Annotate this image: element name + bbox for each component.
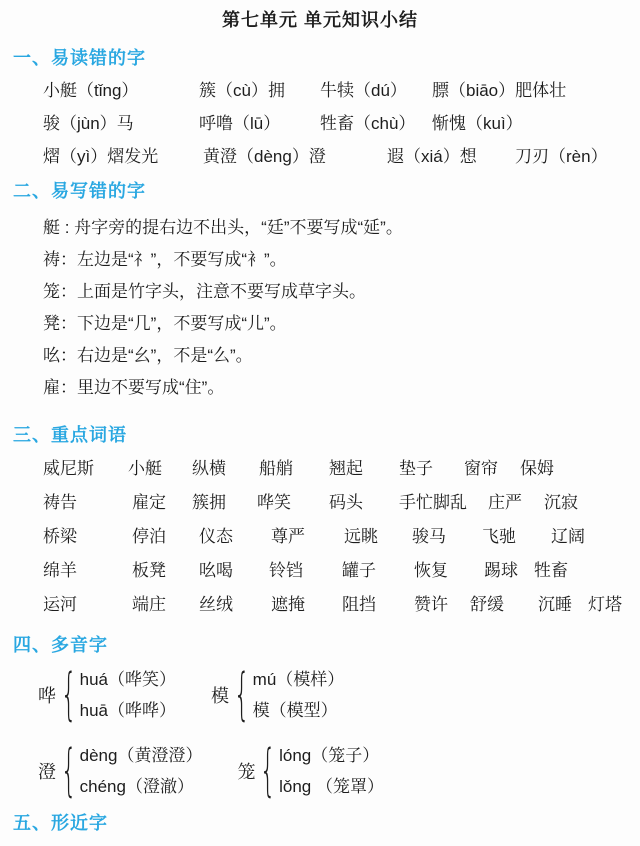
keyword: 牲畜: [534, 554, 640, 588]
polyphone-entry: dèng（黄澄澄）: [80, 740, 203, 771]
keyword: 尊严: [271, 520, 344, 554]
keyword: 小艇: [128, 452, 192, 486]
polyphone-char: 笼: [237, 758, 255, 784]
polyphone-entry: huā（哗哗）: [80, 695, 176, 726]
section-heading-miswritten: 二、易写错的字: [0, 180, 640, 202]
polyphone-entries: huá（哗笑） huā（哗哗）: [80, 664, 176, 726]
keyword: 骏马: [412, 520, 482, 554]
keyword: 仪态: [199, 520, 271, 554]
misread-item: 小艇（tǐng）: [43, 74, 199, 107]
brace-icon: {: [61, 665, 77, 725]
keyword: 窗帘: [464, 452, 520, 486]
keyword: 沉寂: [544, 486, 640, 520]
keyword: 哗笑: [257, 486, 329, 520]
keyword: 翘起: [329, 452, 399, 486]
keyword: 赞许: [414, 588, 470, 622]
polyphone-entries: dèng（黄澄澄） chéng（澄澈）: [80, 740, 203, 802]
keyword-row-2: 祷告 雇定 簇拥 哗笑 码头 手忙脚乱 庄严 沉寂: [0, 486, 640, 520]
keyword: 桥梁: [43, 520, 132, 554]
polyphone-char: 模: [211, 682, 229, 708]
page-title: 第七单元 单元知识小结: [0, 8, 640, 32]
polyphone-group-cheng: 澄 { dèng（黄澄澄） chéng（澄澈）: [38, 740, 202, 802]
keyword: 停泊: [132, 520, 199, 554]
keyword: 祷告: [43, 486, 132, 520]
keyword: 端庄: [132, 588, 199, 622]
miswritten-lines: 艇 : 舟字旁的提右边不出头，“廷”不要写成“延”。 祷：左边是“礻”，不要写成…: [0, 212, 640, 404]
polyphone-entry: 模（模型）: [253, 695, 345, 726]
section-heading-misread: 一、易读错的字: [0, 47, 640, 69]
polyphone-entry: huá（哗笑）: [80, 664, 176, 695]
misread-item: 膘（biāo）肥体壮: [432, 74, 640, 107]
misread-item: 惭愧（kuì）: [432, 107, 640, 140]
keyword-row-4: 绵羊 板凳 吆喝 铃铛 罐子 恢复 踢球 牲畜: [0, 554, 640, 588]
polyphone-row-1: 哗 { huá（哗笑） huā（哗哗） 模 { mú（模样） 模（模型）: [38, 664, 640, 726]
polyphone-entry: lǒng （笼罩）: [279, 771, 384, 802]
miswritten-line: 凳：下边是“几”，不要写成“儿”。: [43, 308, 640, 340]
keyword: 遮掩: [271, 588, 342, 622]
keyword: 垫子: [399, 452, 464, 486]
keyword: 纵横: [192, 452, 259, 486]
keyword: 板凳: [132, 554, 199, 588]
keyword: 保姆: [520, 452, 640, 486]
keyword-row-5: 运河 端庄 丝绒 遮掩 阻挡 赞许 舒缓 沉睡 灯塔: [0, 588, 640, 622]
polyphone-area: 哗 { huá（哗笑） huā（哗哗） 模 { mú（模样） 模（模型） 澄 {: [0, 664, 640, 802]
misread-item: 遐（xiá）想: [387, 140, 515, 173]
keyword: 远眺: [344, 520, 412, 554]
polyphone-char: 哗: [38, 682, 56, 708]
keyword: 庄严: [488, 486, 544, 520]
brace-icon: {: [234, 665, 250, 725]
section-heading-keywords: 三、重点词语: [0, 424, 640, 446]
misread-item: 熠（yì）熠发光: [43, 140, 203, 173]
miswritten-line: 笼：上面是竹字头，注意不要写成草字头。: [43, 276, 640, 308]
misread-row-1: 小艇（tǐng） 簇（cù）拥 牛犊（dú） 膘（biāo）肥体壮: [0, 74, 640, 107]
keyword: 吆喝: [199, 554, 269, 588]
brace-icon: {: [260, 741, 276, 801]
polyphone-entry: mú（模样）: [253, 664, 345, 695]
keyword-row-1: 威尼斯 小艇 纵横 船艄 翘起 垫子 窗帘 保姆: [0, 452, 640, 486]
brace-icon: {: [61, 741, 77, 801]
polyphone-group-long: 笼 { lóng（笼子） lǒng （笼罩）: [237, 740, 384, 802]
keyword: 阻挡: [342, 588, 414, 622]
keyword: 辽阔: [551, 520, 640, 554]
polyphone-entry: lóng（笼子）: [279, 740, 384, 771]
keyword-row-3: 桥梁 停泊 仪态 尊严 远眺 骏马 飞驰 辽阔: [0, 520, 640, 554]
keyword: 恢复: [414, 554, 484, 588]
misread-row-2: 骏（jùn）马 呼噜（lū） 牲畜（chù） 惭愧（kuì）: [0, 107, 640, 140]
miswritten-line: 祷：左边是“礻”，不要写成“衤”。: [43, 244, 640, 276]
keyword: 船艄: [259, 452, 329, 486]
misread-row-3: 熠（yì）熠发光 黄澄（dèng）澄 遐（xiá）想 刀刃（rèn）: [0, 140, 640, 173]
keyword: 灯塔: [588, 588, 640, 622]
polyphone-char: 澄: [38, 758, 56, 784]
section-heading-similar: 五、形近字: [0, 812, 640, 834]
keyword: 手忙脚乱: [399, 486, 488, 520]
keyword: 簇拥: [192, 486, 257, 520]
polyphone-entries: mú（模样） 模（模型）: [253, 664, 345, 726]
misread-item: 牲畜（chù）: [320, 107, 432, 140]
miswritten-line: 吆：右边是“幺”，不是“么”。: [43, 340, 640, 372]
misread-item: 黄澄（dèng）澄: [203, 140, 387, 173]
keyword: 丝绒: [199, 588, 271, 622]
keyword: 运河: [43, 588, 132, 622]
keyword: 飞驰: [482, 520, 551, 554]
keyword: 沉睡: [538, 588, 588, 622]
polyphone-group-hua: 哗 { huá（哗笑） huā（哗哗）: [38, 664, 176, 726]
misread-item: 刀刃（rèn）: [515, 140, 640, 173]
polyphone-entries: lóng（笼子） lǒng （笼罩）: [279, 740, 384, 802]
polyphone-row-2: 澄 { dèng（黄澄澄） chéng（澄澈） 笼 { lóng（笼子） lǒn…: [38, 740, 640, 802]
keyword: 雇定: [132, 486, 192, 520]
keyword: 绵羊: [43, 554, 132, 588]
keyword: 踢球: [484, 554, 534, 588]
misread-item: 呼噜（lū）: [199, 107, 320, 140]
keyword: 码头: [329, 486, 399, 520]
misread-item: 骏（jùn）马: [43, 107, 199, 140]
keyword: 罐子: [342, 554, 414, 588]
misread-item: 簇（cù）拥: [199, 74, 320, 107]
polyphone-entry: chéng（澄澈）: [80, 771, 203, 802]
misread-item: 牛犊（dú）: [320, 74, 432, 107]
miswritten-line: 艇 : 舟字旁的提右边不出头，“廷”不要写成“延”。: [43, 212, 640, 244]
miswritten-line: 雇：里边不要写成“住”。: [43, 372, 640, 404]
keyword: 威尼斯: [43, 452, 128, 486]
section-heading-polyphones: 四、多音字: [0, 634, 640, 656]
polyphone-group-mo: 模 { mú（模样） 模（模型）: [211, 664, 344, 726]
document-page: 第七单元 单元知识小结 一、易读错的字 小艇（tǐng） 簇（cù）拥 牛犊（d…: [0, 8, 640, 846]
keyword: 舒缓: [470, 588, 538, 622]
keyword: 铃铛: [269, 554, 342, 588]
